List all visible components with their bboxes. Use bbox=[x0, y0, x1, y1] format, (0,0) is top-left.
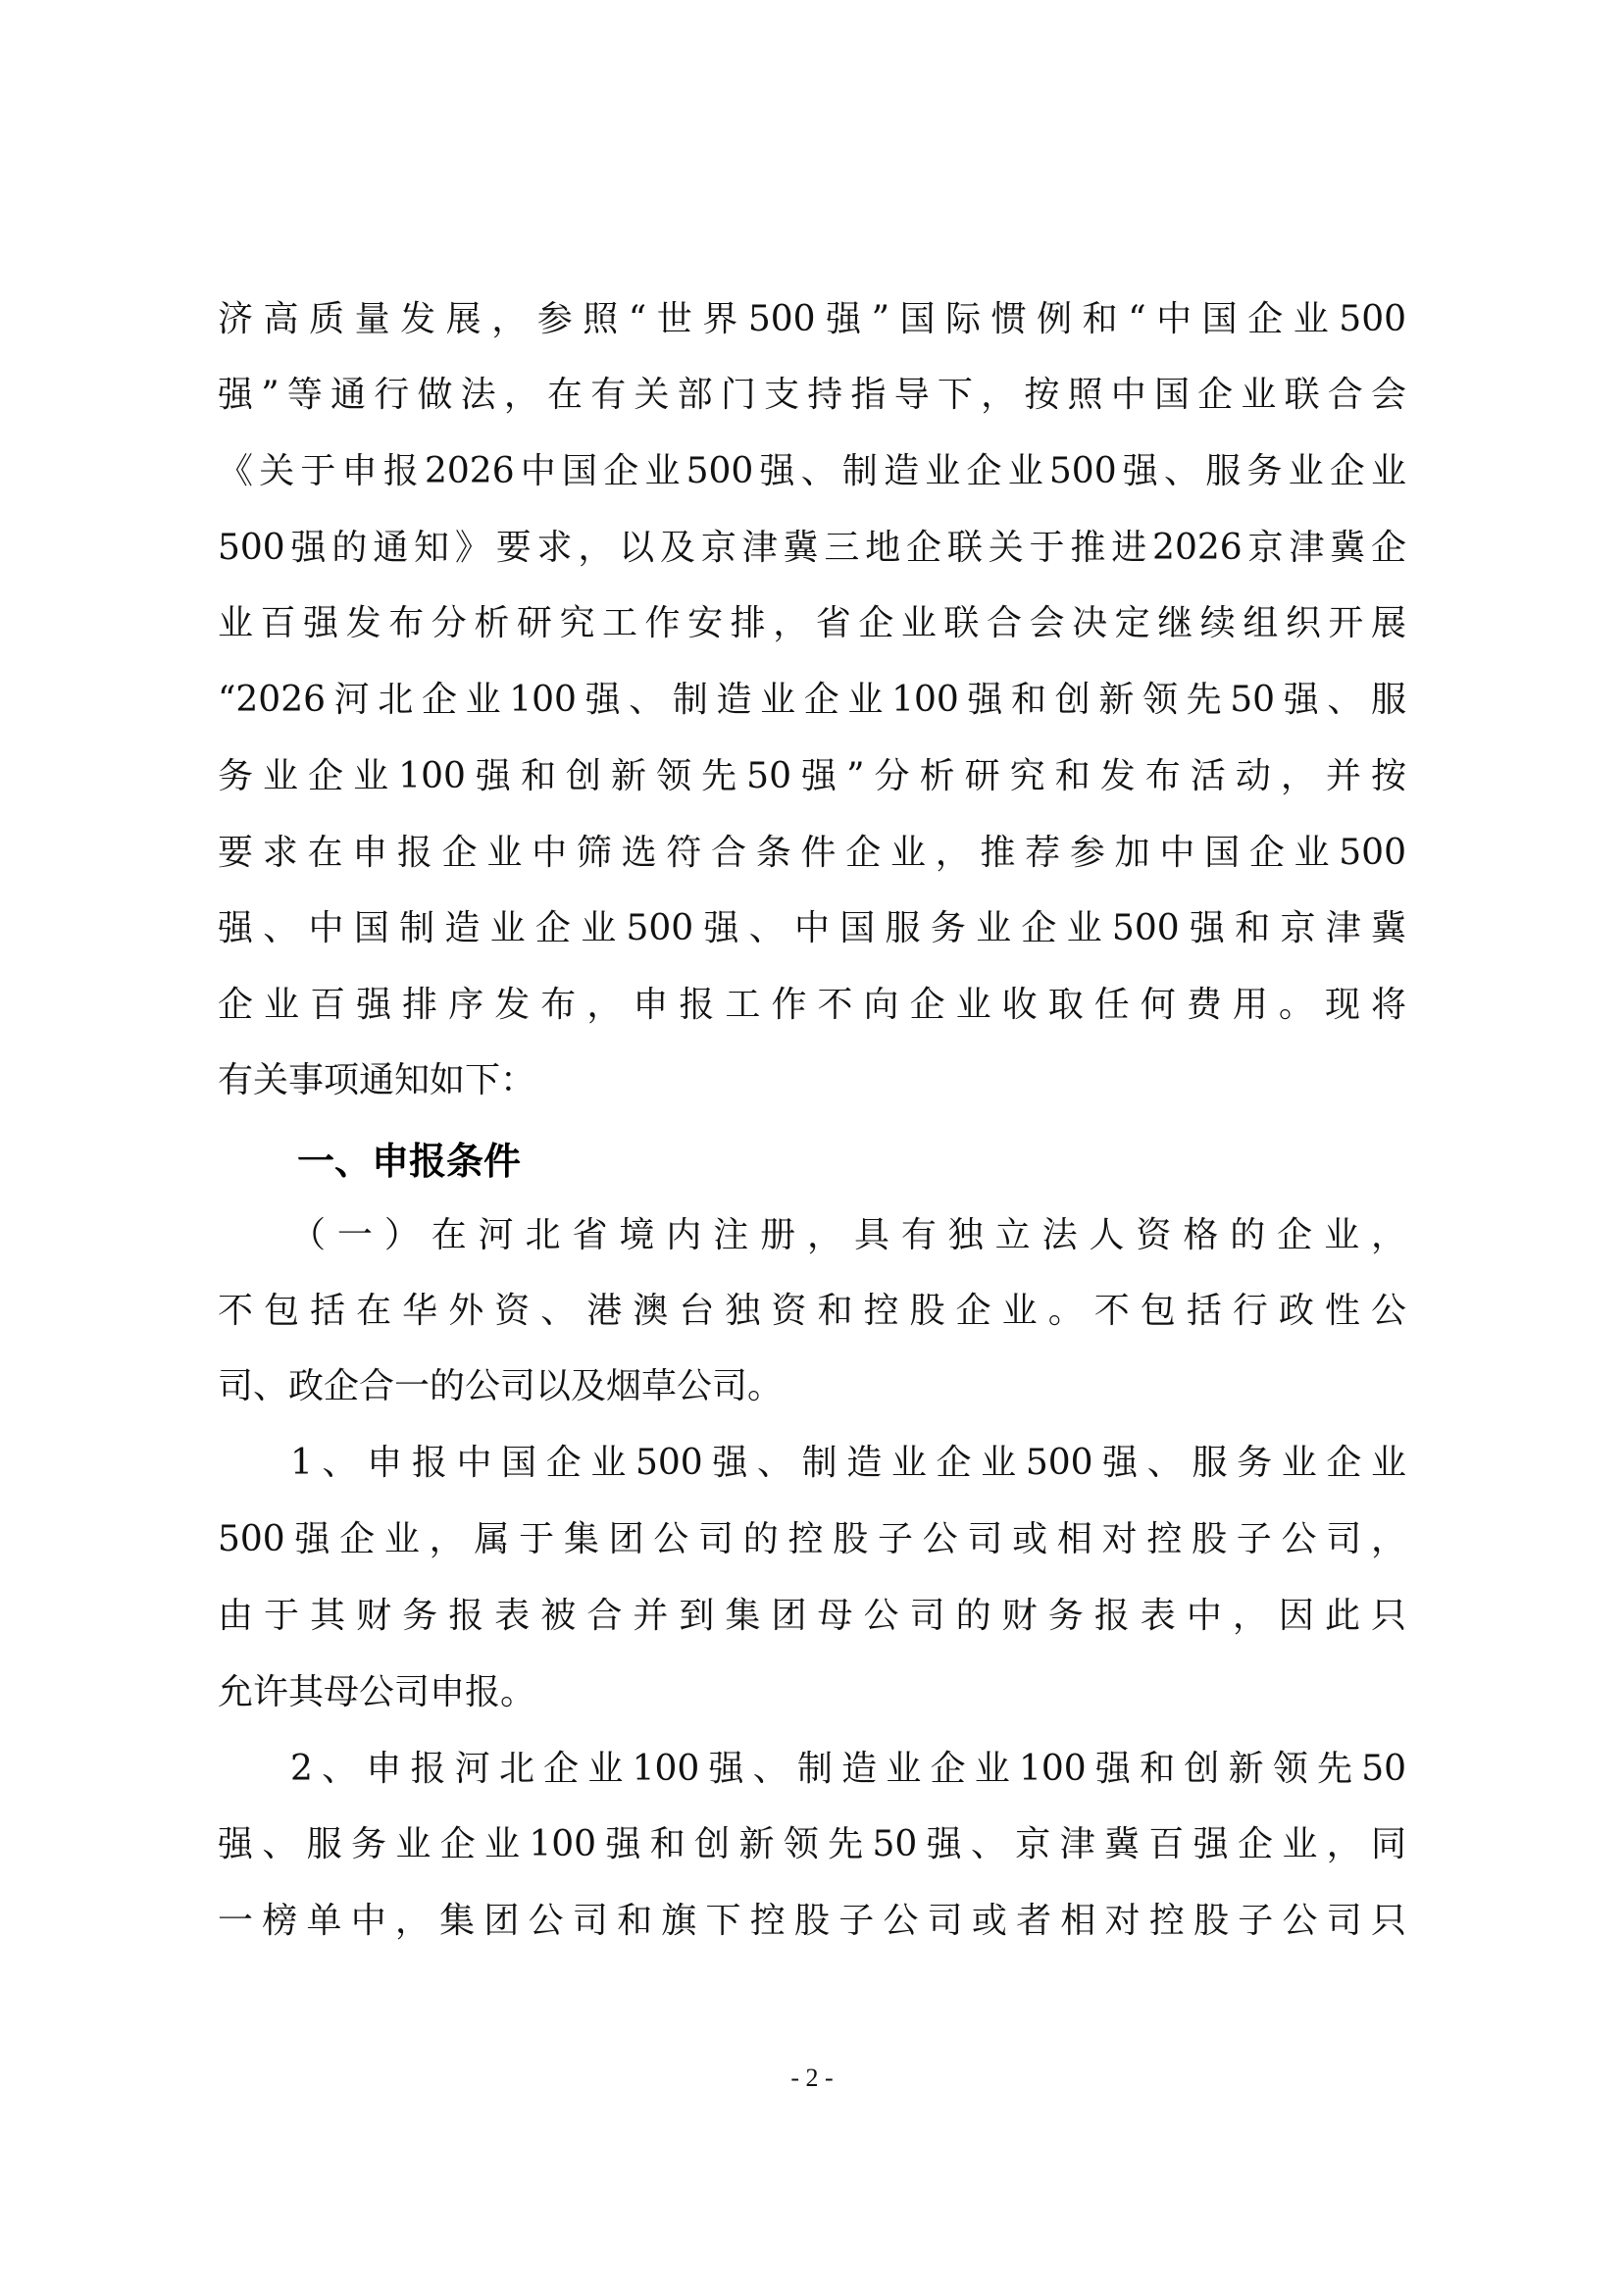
body-text-line: 企业百强排序发布，申报工作不向企业收取任何费用。现将 bbox=[218, 978, 1406, 1033]
item-text-line: 强、服务业企业100强和创新领先50强、京津冀百强企业，同 bbox=[218, 1817, 1406, 1872]
body-text-line: 济高质量发展，参照“世界500强”国际惯例和“中国企业500 bbox=[218, 292, 1406, 347]
item-text-line: 一榜单中，集团公司和旗下控股子公司或者相对控股子公司只 bbox=[218, 1894, 1406, 1949]
clause-text-line: 不包括在华外资、港澳台独资和控股企业。不包括行政性公 bbox=[218, 1284, 1406, 1339]
body-text-line: 强、中国制造业企业500强、中国服务业企业500强和京津冀 bbox=[218, 901, 1406, 956]
item-text-line: 2、申报河北企业100强、制造业企业100强和创新领先50 bbox=[290, 1742, 1406, 1797]
body-text-line: 500强的通知》要求，以及京津冀三地企联关于推进2026京津冀企 bbox=[218, 521, 1406, 576]
body-text-line: 强”等通行做法，在有关部门支持指导下，按照中国企业联合会 bbox=[218, 368, 1406, 423]
body-text-line: 有关事项通知如下： bbox=[218, 1053, 1406, 1108]
body-text-line: 《关于申报2026中国企业500强、制造业企业500强、服务业企业 bbox=[218, 444, 1406, 499]
item-text-line: 1、申报中国企业500强、制造业企业500强、服务业企业 bbox=[290, 1436, 1406, 1491]
section-heading: 一、申报条件 bbox=[297, 1132, 521, 1191]
clause-text-line: （一）在河北省境内注册，具有独立法人资格的企业， bbox=[290, 1208, 1406, 1263]
item-text-line: 500强企业，属于集团公司的控股子公司或相对控股子公司， bbox=[218, 1512, 1406, 1567]
body-text-line: 要求在申报企业中筛选符合条件企业，推荐参加中国企业500 bbox=[218, 826, 1406, 881]
body-text-line: “2026河北企业100强、制造业企业100强和创新领先50强、服 bbox=[218, 673, 1406, 728]
body-text-line: 务业企业100强和创新领先50强”分析研究和发布活动，并按 bbox=[218, 749, 1406, 804]
clause-text-line: 司、政企合一的公司以及烟草公司。 bbox=[218, 1359, 1406, 1414]
document-page: 济高质量发展，参照“世界500强”国际惯例和“中国企业500 强”等通行做法，在… bbox=[0, 0, 1624, 2294]
item-text-line: 由于其财务报表被合并到集团母公司的财务报表中，因此只 bbox=[218, 1589, 1406, 1644]
body-text-line: 业百强发布分析研究工作安排，省企业联合会决定继续组织开展 bbox=[218, 596, 1406, 651]
item-text-line: 允许其母公司申报。 bbox=[218, 1665, 1406, 1720]
page-number: - 2 - bbox=[0, 2064, 1624, 2093]
